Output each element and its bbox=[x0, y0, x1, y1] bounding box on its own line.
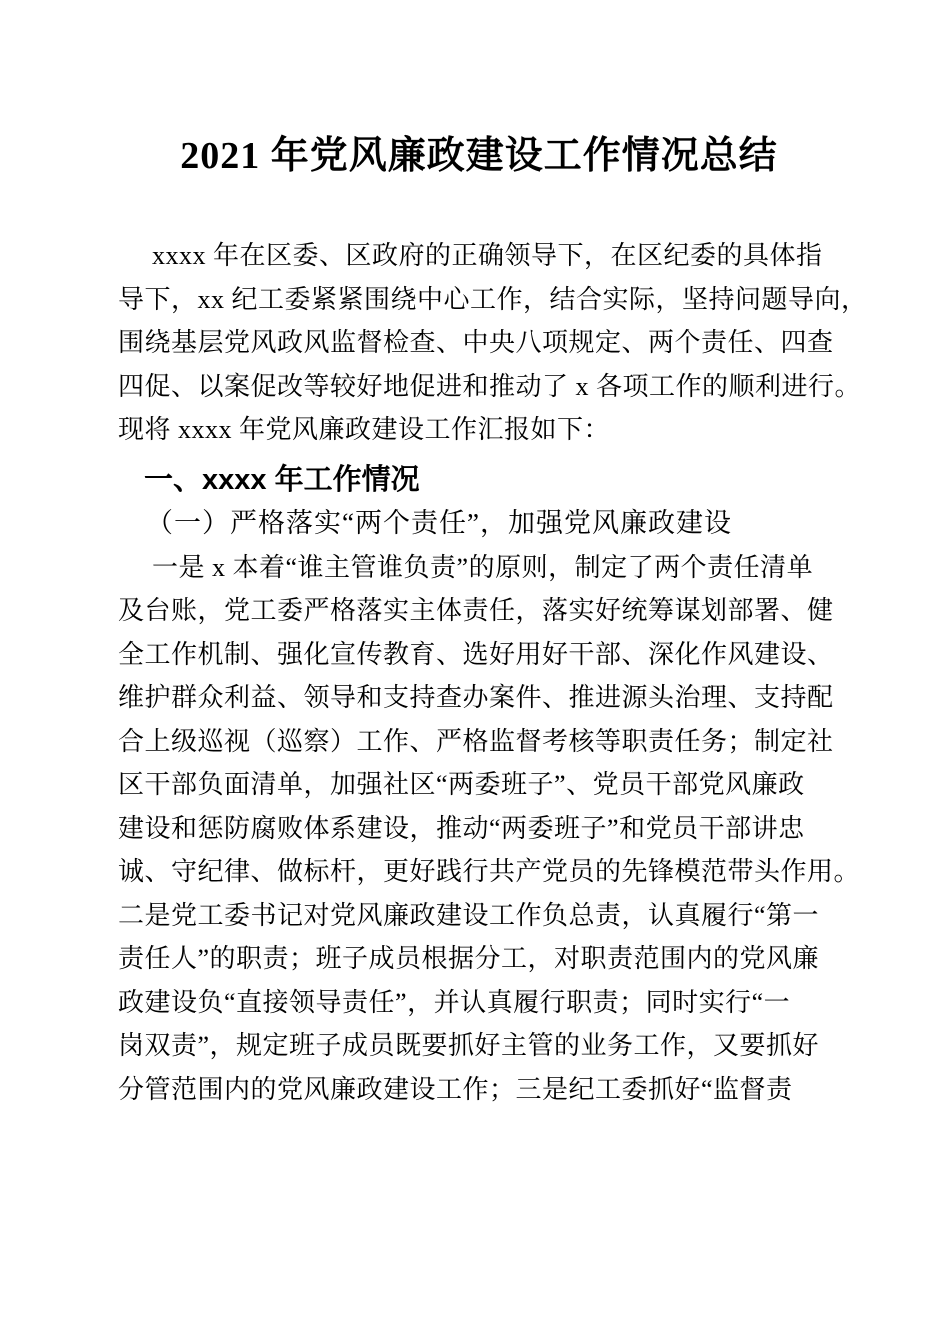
word-document-screenshot: { "page": { "background_color": "#ffffff… bbox=[0, 0, 950, 1344]
document-page: 2021 年党风廉政建设工作情况总结 xxxx 年在区委、区政府的正确领导下，在… bbox=[0, 0, 950, 1344]
document-title: 2021 年党风廉政建设工作情况总结 bbox=[118, 132, 840, 180]
text-line: xxxx 年在区委、区政府的正确领导下，在区纪委的具体指 bbox=[118, 234, 840, 278]
main-paragraph: 一是 x 本着“谁主管谁负责”的原则，制定了两个责任清单及台账，党工委严格落实主… bbox=[118, 546, 840, 1112]
sub-heading: （一）严格落实“两个责任”，加强党风廉政建设 bbox=[118, 502, 840, 546]
text-line: 建设和惩防腐败体系建设，推动“两委班子”和党员干部讲忠 bbox=[118, 807, 840, 851]
intro-paragraph: xxxx 年在区委、区政府的正确领导下，在区纪委的具体指导下，xx 纪工委紧紧围… bbox=[118, 234, 840, 452]
text-line: 岗双责”，规定班子成员既要抓好主管的业务工作，又要抓好 bbox=[118, 1024, 840, 1068]
text-line: 责任人”的职责；班子成员根据分工，对职责范围内的党风廉 bbox=[118, 937, 840, 981]
section-heading: 一、xxxx 年工作情况 bbox=[118, 459, 840, 503]
text-line: 及台账，党工委严格落实主体责任，落实好统筹谋划部署、健 bbox=[118, 589, 840, 633]
text-line: 四促、以案促改等较好地促进和推动了 x 各项工作的顺利进行。 bbox=[118, 365, 840, 409]
text-line: 导下，xx 纪工委紧紧围绕中心工作，结合实际，坚持问题导向， bbox=[118, 278, 840, 322]
text-line: 政建设负“直接领导责任”，并认真履行职责；同时实行“一 bbox=[118, 981, 840, 1025]
text-line: 分管范围内的党风廉政建设工作；三是纪工委抓好“监督责 bbox=[118, 1068, 840, 1112]
text-line: 维护群众利益、领导和支持查办案件、推进源头治理、支持配 bbox=[118, 676, 840, 720]
text-line: 全工作机制、强化宣传教育、选好用好干部、深化作风建设、 bbox=[118, 633, 840, 677]
text-line: 现将 xxxx 年党风廉政建设工作汇报如下： bbox=[118, 408, 840, 452]
text-line: 合上级巡视（巡察）工作、严格监督考核等职责任务；制定社 bbox=[118, 720, 840, 764]
text-line: 诚、守纪律、做标杆，更好践行共产党员的先锋模范带头作用。 bbox=[118, 850, 840, 894]
text-line: 围绕基层党风政风监督检查、中央八项规定、两个责任、四查 bbox=[118, 321, 840, 365]
text-line: 一是 x 本着“谁主管谁负责”的原则，制定了两个责任清单 bbox=[118, 546, 840, 590]
text-line: 区干部负面清单，加强社区“两委班子”、党员干部党风廉政 bbox=[118, 763, 840, 807]
text-line: 二是党工委书记对党风廉政建设工作负总责，认真履行“第一 bbox=[118, 894, 840, 938]
